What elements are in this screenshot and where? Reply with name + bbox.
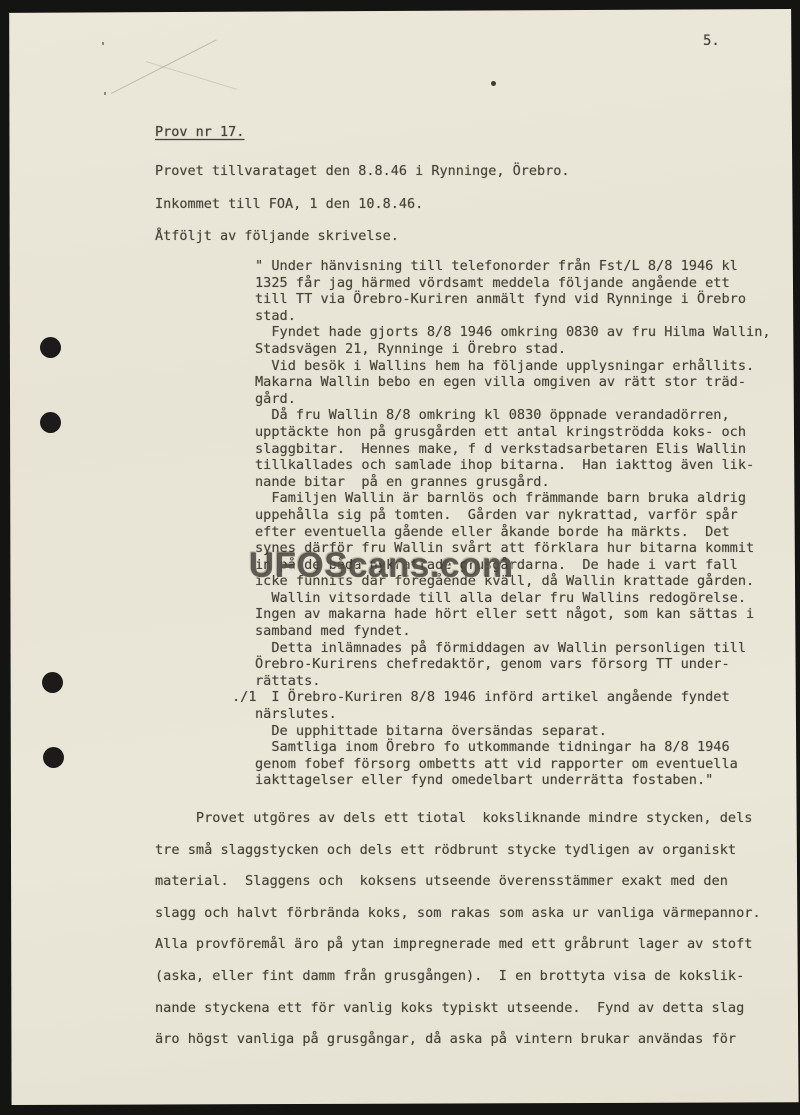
meta-line: Provet tillvarataget den 8.8.46 i Rynnin…: [155, 155, 570, 188]
quote-line: Samtliga inom Örebro fo utkommande tidni…: [255, 739, 771, 756]
quote-line: Familjen Wallin är barnlös och främmande…: [255, 490, 771, 507]
punch-hole: [43, 747, 64, 768]
quote-line: I Örebro-Kuriren 8/8 1946 införd artikel…: [255, 689, 771, 706]
sample-heading: Prov nr 17.: [155, 124, 244, 140]
quote-line: gård.: [255, 391, 771, 408]
quote-line: uppehålla sig på tomten. Gården var nykr…: [255, 507, 771, 524]
quote-line: genom fobef försorg ombetts att vid rapp…: [255, 756, 771, 773]
quote-line: nande bitar på en grannes grusgård.: [255, 474, 771, 491]
body-line: tre små slaggstycken och dels ett rödbru…: [155, 835, 761, 867]
quote-line: 1325 får jag härmed vördsamt meddela föl…: [255, 275, 771, 292]
paper-speck: [102, 42, 104, 45]
quote-line: Fyndet hade gjorts 8/8 1946 omkring 0830…: [255, 324, 771, 341]
quote-line: Ingen av makarna hade hört eller sett nå…: [255, 606, 771, 623]
scratch-mark: [146, 61, 237, 90]
body-line: Provet utgöres av dels ett tiotal koksli…: [155, 803, 761, 835]
quote-line: stad.: [255, 308, 771, 325]
punch-hole: [42, 672, 63, 693]
quote-line: upptäckte hon på grusgården ett antal kr…: [255, 424, 771, 441]
body-line: slagg och halvt förbrända koks, som raka…: [155, 898, 761, 930]
analysis-paragraph: Provet utgöres av dels ett tiotal koksli…: [155, 803, 761, 1056]
quote-line: rättats.: [255, 673, 771, 690]
punch-hole: [40, 337, 61, 358]
watermark: UFOScans.com: [249, 546, 514, 586]
quote-line: Stadsvägen 21, Rynninge i Örebro stad.: [255, 341, 771, 358]
quote-line: Makarna Wallin bebo en egen villa omgive…: [255, 374, 771, 391]
enclosure-note: ./1: [232, 689, 257, 705]
body-line: Alla provföremål äro på ytan impregnerad…: [155, 929, 761, 961]
quote-line: iakttagelser eller fynd omedelbart under…: [255, 772, 771, 789]
quote-line: Örebro-Kurirens chefredaktör, genom vars…: [255, 656, 771, 673]
body-line: (aska, eller fint damm från grusgången).…: [155, 961, 761, 993]
quote-line: Wallin vitsordade till alla delar fru Wa…: [255, 590, 771, 607]
quote-line: till TT via Örebro-Kuriren anmält fynd v…: [255, 291, 771, 308]
paper-speck: [104, 92, 106, 95]
quote-line: närslutes.: [255, 706, 771, 723]
quote-line: Då fru Wallin 8/8 omkring kl 0830 öppnad…: [255, 407, 771, 424]
body-line: äro högst vanliga på grusgångar, då aska…: [155, 1024, 761, 1056]
sample-meta-lines: Provet tillvarataget den 8.8.46 i Rynnin…: [155, 155, 570, 253]
quote-line: efter eventuella gående eller åkande bor…: [255, 524, 771, 541]
quote-line: De upphittade bitarna översändas separat…: [255, 723, 771, 740]
quote-line: tillkallades och samlade ihop bitarna. H…: [255, 457, 771, 474]
meta-line: Inkommet till FOA, 1 den 10.8.46.: [155, 188, 570, 221]
quote-line: Detta inlämnades på förmiddagen av Walli…: [255, 640, 771, 657]
quote-line: " Under hänvisning till telefonorder frå…: [255, 258, 771, 275]
punch-hole: [40, 412, 61, 433]
quote-line: samband med fyndet.: [255, 623, 771, 640]
quoted-letter: ./1 " Under hänvisning till telefonorder…: [255, 258, 771, 789]
ink-dot: [491, 81, 496, 86]
quote-line: slaggbitar. Hennes make, f d verkstadsar…: [255, 441, 771, 458]
meta-line: Åtföljt av följande skrivelse.: [155, 220, 570, 253]
scan-background: 5. Prov nr 17. Provet tillvarataget den …: [0, 0, 800, 1115]
quote-line: Vid besök i Wallins hem ha följande uppl…: [255, 358, 771, 375]
body-line: nande styckena ett för vanlig koks typis…: [155, 993, 761, 1025]
page-number: 5.: [703, 33, 720, 49]
body-line: material. Slaggens och koksens utseende …: [155, 866, 761, 898]
